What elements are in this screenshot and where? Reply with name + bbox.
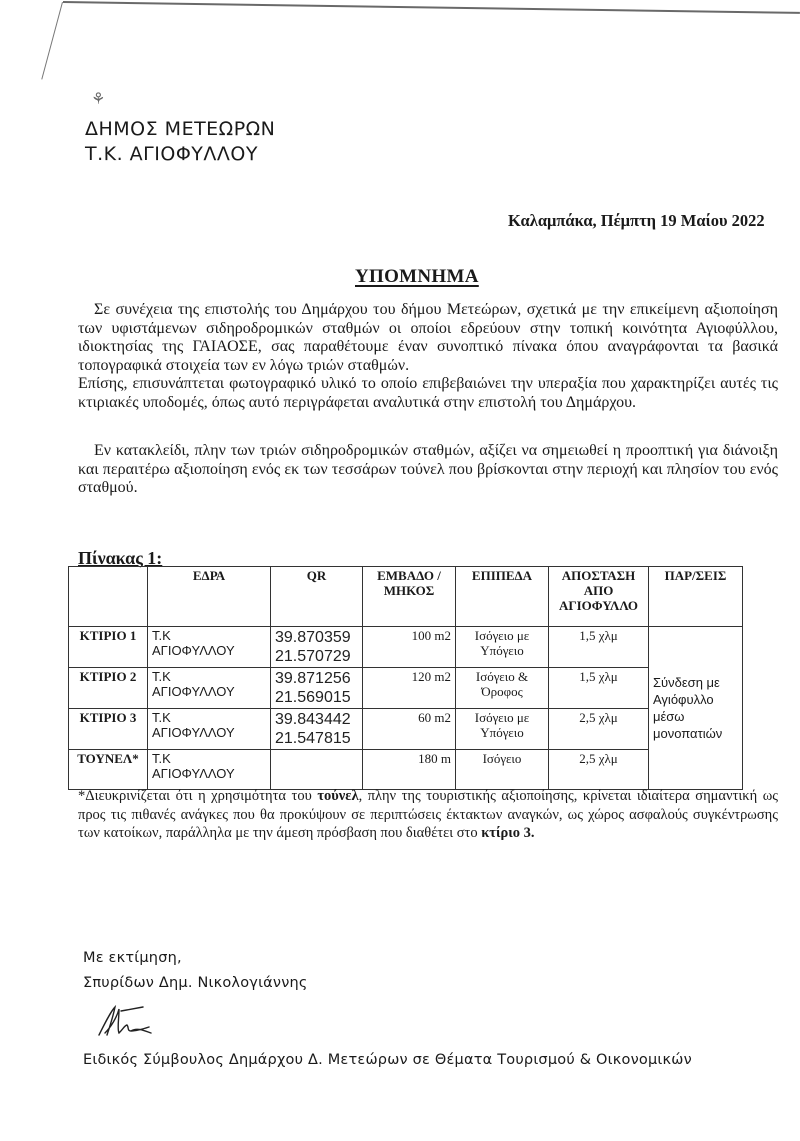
table-header: ΠΑΡ/ΣΕΙΣ <box>649 567 743 627</box>
qr-cell: 39.87125621.569015 <box>271 668 363 709</box>
row-label: ΤΟΥΝΕΛ* <box>69 750 148 790</box>
levels-cell: Ισόγειο <box>456 750 549 790</box>
signatory-role: Ειδικός Σύμβουλος Δημάρχου Δ. Μετεώρων σ… <box>83 1052 692 1068</box>
seat-cell: Τ.ΚΑΓΙΟΦΥΛΛΟΥ <box>148 750 271 790</box>
levels-cell: Ισόγειο μεΥπόγειο <box>456 627 549 668</box>
footnote-emphasis: κτίριο 3. <box>481 825 534 841</box>
area-cell: 100 m2 <box>363 627 456 668</box>
seat-cell: Τ.ΚΑΓΙΟΦΥΛΛΟΥ <box>148 709 271 750</box>
closing-salutation: Με εκτίμηση, <box>83 950 182 966</box>
letterhead-community: Τ.Κ. ΑΓΙΟΦΥΛΛΟΥ <box>85 143 258 165</box>
paragraph: Επίσης, επισυνάπτεται φωτογραφικό υλικό … <box>78 375 778 412</box>
levels-cell: Ισόγειο μεΥπόγειο <box>456 709 549 750</box>
table-header: ΕΠΙΠΕΔΑ <box>456 567 549 627</box>
table-header: QR <box>271 567 363 627</box>
area-cell: 180 m <box>363 750 456 790</box>
qr-cell: 39.87035921.570729 <box>271 627 363 668</box>
qr-cell: 39.84344221.547815 <box>271 709 363 750</box>
distance-cell: 1,5 χλμ <box>549 668 649 709</box>
table-footnote: *Διευκρινίζεται ότι η χρησιμότητα του το… <box>78 787 778 843</box>
area-cell: 120 m2 <box>363 668 456 709</box>
row-label: ΚΤΙΡΙΟ 3 <box>69 709 148 750</box>
table-row: ΚΤΙΡΙΟ 1 Τ.ΚΑΓΙΟΦΥΛΛΟΥ 39.87035921.57072… <box>69 627 743 668</box>
scan-edge-line <box>41 2 63 80</box>
levels-cell: Ισόγειο &Όροφος <box>456 668 549 709</box>
seat-cell: Τ.ΚΑΓΙΟΦΥΛΛΟΥ <box>148 668 271 709</box>
document-title: ΥΠΟΜΝΗΜΑ <box>355 266 479 288</box>
seat-cell: Τ.ΚΑΓΙΟΦΥΛΛΟΥ <box>148 627 271 668</box>
signatory-name: Σπυρίδων Δημ. Νικολογιάννης <box>83 975 308 991</box>
qr-cell <box>271 750 363 790</box>
distance-cell: 2,5 χλμ <box>549 709 649 750</box>
handwritten-signature-icon <box>95 1003 155 1039</box>
table-header <box>69 567 148 627</box>
table-header: ΕΜΒΑΔΟ / ΜΗΚΟΣ <box>363 567 456 627</box>
table-header: ΕΔΡΑ <box>148 567 271 627</box>
area-cell: 60 m2 <box>363 709 456 750</box>
table-row: ΤΟΥΝΕΛ* Τ.ΚΑΓΙΟΦΥΛΛΟΥ 180 m Ισόγειο 2,5 … <box>69 750 743 790</box>
date-line: Καλαμπάκα, Πέμπτη 19 Μαίου 2022 <box>508 211 765 231</box>
row-label: ΚΤΙΡΙΟ 1 <box>69 627 148 668</box>
notes-cell: Σύνδεση με Αγιόφυλλο μέσω μονοπατιών <box>649 627 743 790</box>
table-row: ΚΤΙΡΙΟ 3 Τ.ΚΑΓΙΟΦΥΛΛΟΥ 39.84344221.54781… <box>69 709 743 750</box>
distance-cell: 1,5 χλμ <box>549 627 649 668</box>
table-row: ΚΤΙΡΙΟ 2 Τ.ΚΑΓΙΟΦΥΛΛΟΥ 39.87125621.56901… <box>69 668 743 709</box>
paragraph: Εν κατακλείδι, πλην των τριών σιδηροδρομ… <box>78 442 778 498</box>
letterhead-municipality: ΔΗΜΟΣ ΜΕΤΕΩΡΩΝ <box>85 118 275 140</box>
scan-edge-line <box>63 1 800 14</box>
table-header: ΑΠΟΣΤΑΣΗ ΑΠΟ ΑΓΙΟΦΥΛΛΟ <box>549 567 649 627</box>
row-label: ΚΤΙΡΙΟ 2 <box>69 668 148 709</box>
distance-cell: 2,5 χλμ <box>549 750 649 790</box>
municipal-emblem-icon: ⚘ <box>91 89 107 109</box>
footnote-emphasis: τούνελ <box>317 788 358 804</box>
paragraph: Σε συνέχεια της επιστολής του Δημάρχου τ… <box>78 301 778 375</box>
table-header-row: ΕΔΡΑ QR ΕΜΒΑΔΟ / ΜΗΚΟΣ ΕΠΙΠΕΔΑ ΑΠΟΣΤΑΣΗ … <box>69 567 743 627</box>
stations-table: ΕΔΡΑ QR ΕΜΒΑΔΟ / ΜΗΚΟΣ ΕΠΙΠΕΔΑ ΑΠΟΣΤΑΣΗ … <box>68 566 743 790</box>
